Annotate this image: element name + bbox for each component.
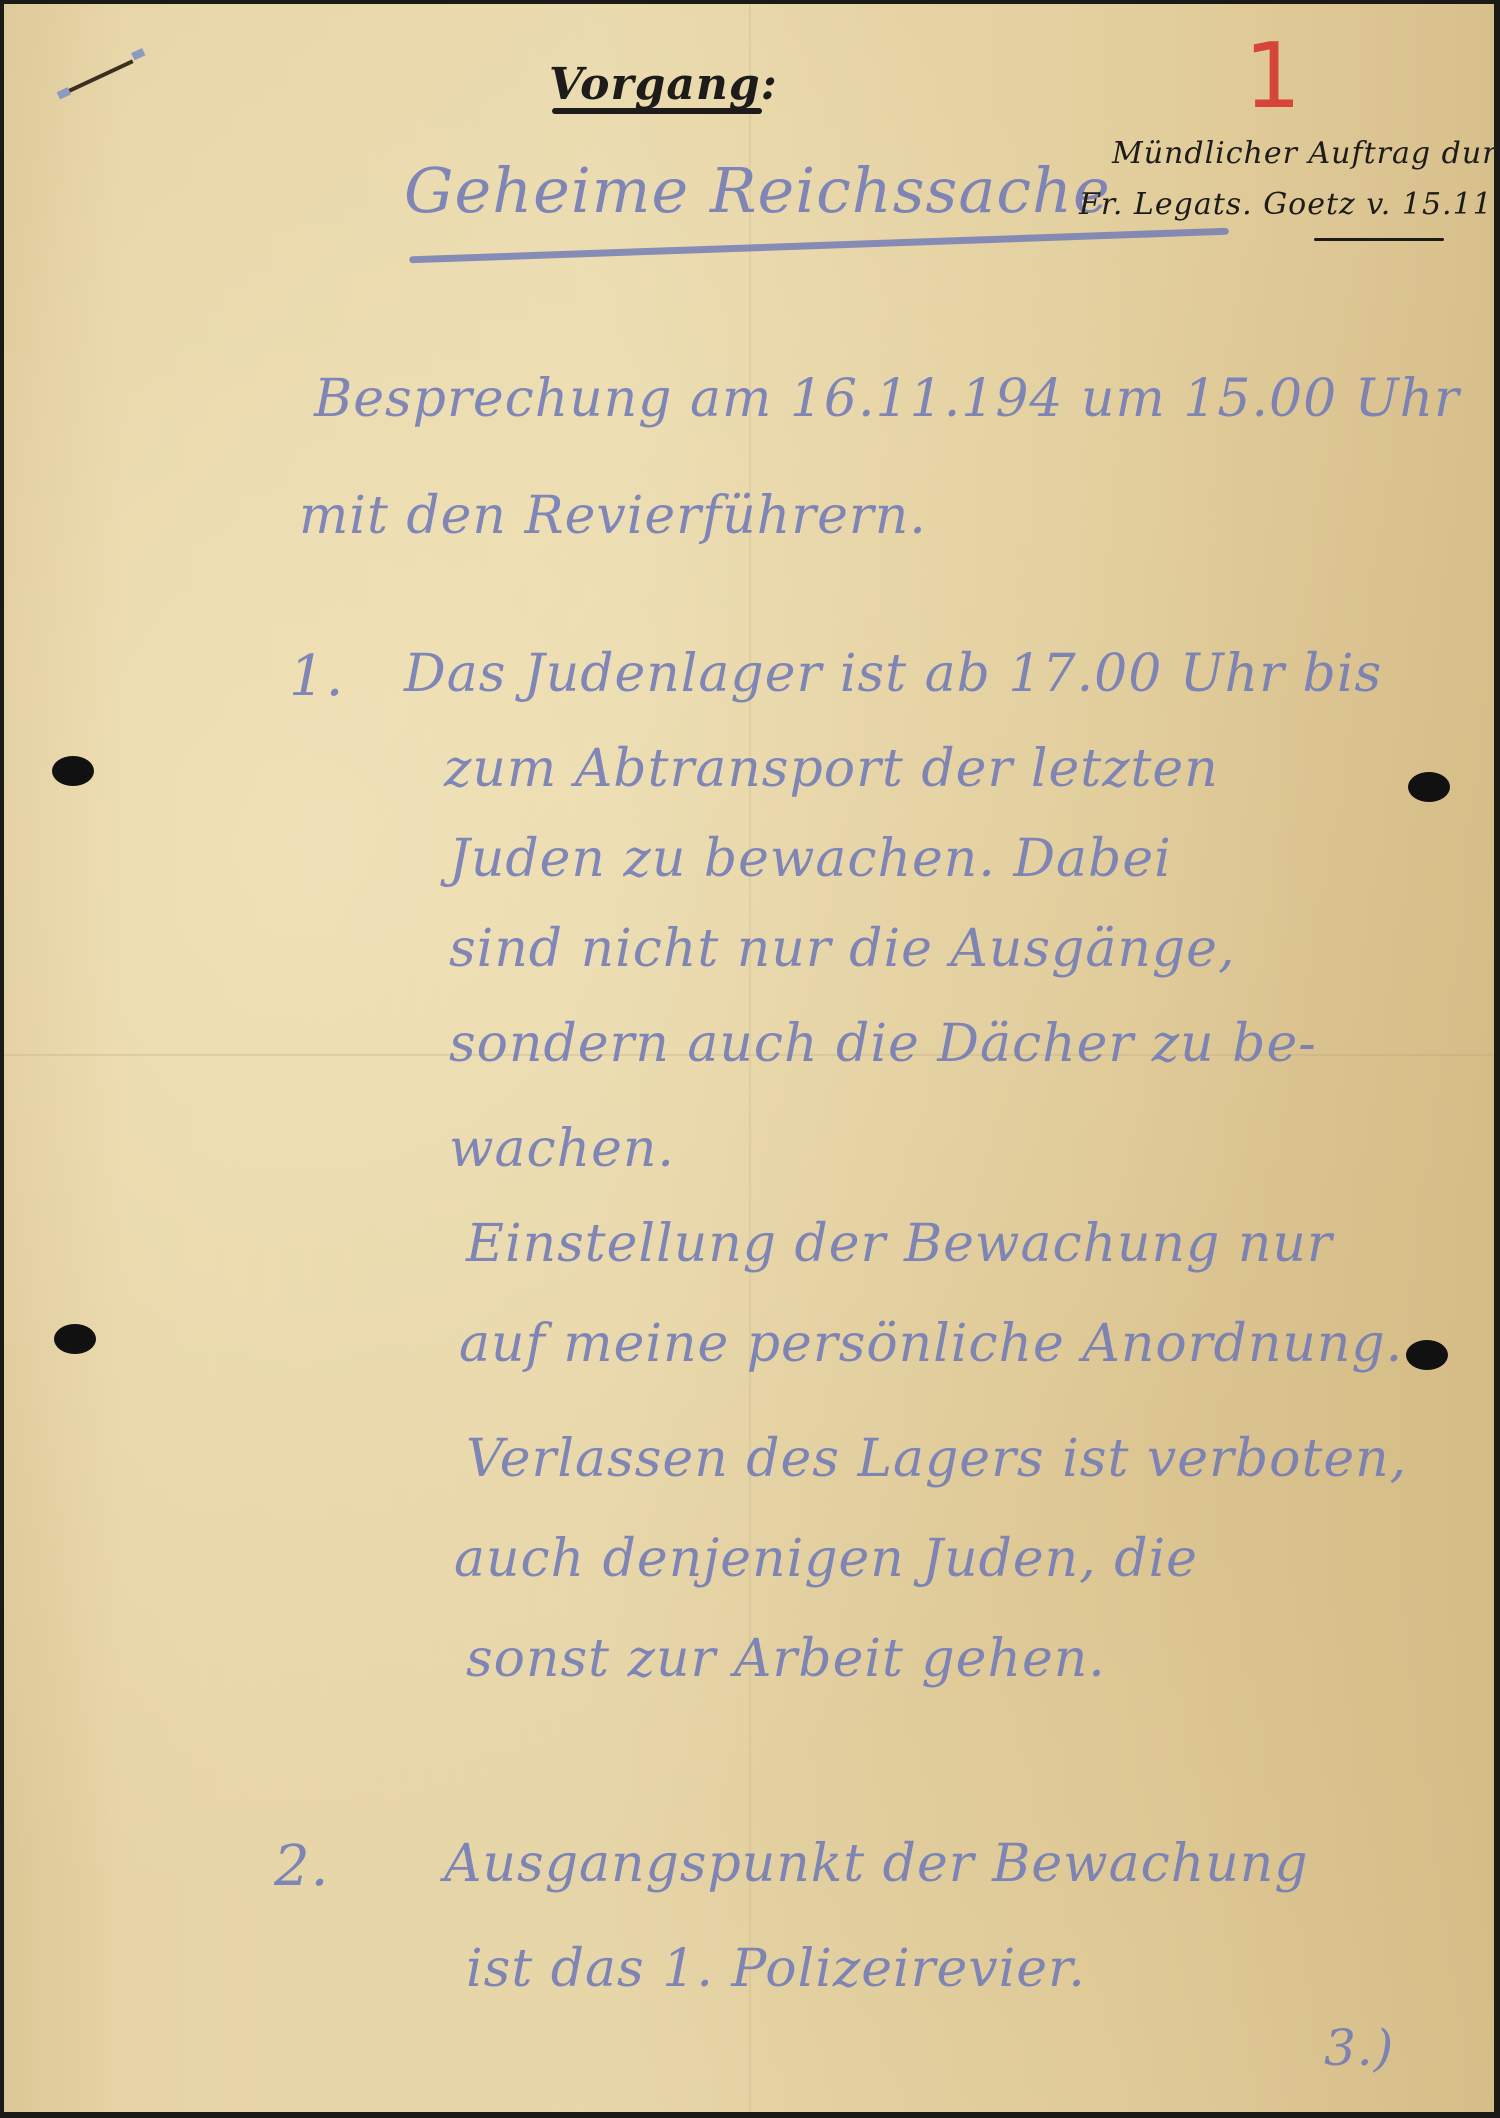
annotation-line-1: Mündlicher Auftrag durch xyxy=(1112,136,1500,171)
item-line: wachen. xyxy=(449,1119,675,1179)
vorgang-underline xyxy=(552,108,762,114)
classification-underline xyxy=(409,228,1229,264)
item-line: Juden zu bewachen. Dabei xyxy=(449,829,1172,889)
item-line: Das Judenlager ist ab 17.00 Uhr bis xyxy=(404,644,1382,704)
punch-hole xyxy=(54,1324,96,1354)
punch-hole xyxy=(52,756,94,786)
punch-hole xyxy=(1408,772,1450,802)
page-number-red: 1 xyxy=(1244,24,1302,129)
continuation-mark: 3.) xyxy=(1324,2019,1394,2077)
item-line: sondern auch die Dächer zu be- xyxy=(449,1014,1317,1074)
item-line: Verlassen des Lagers ist verboten, xyxy=(466,1429,1407,1489)
intro-line-2: mit den Revierführern. xyxy=(299,486,927,546)
classification-heading: Geheime Reichssache xyxy=(404,154,1111,227)
item-line: auch denjenigen Juden, die xyxy=(454,1529,1198,1589)
item-line: sind nicht nur die Ausgänge, xyxy=(449,919,1235,979)
item-line: auf meine persönliche Anordnung. xyxy=(459,1314,1403,1374)
scan-edge xyxy=(0,2112,1500,2118)
item-line: Ausgangspunkt der Bewachung xyxy=(444,1834,1309,1894)
item-line: Einstellung der Bewachung nur xyxy=(466,1214,1333,1274)
item-line: ist das 1. Polizeirevier. xyxy=(466,1939,1086,1999)
document-page: Vorgang: 1 Geheime Reichssache Mündliche… xyxy=(4,4,1494,2112)
item-number: 1. xyxy=(289,644,344,709)
staple-icon xyxy=(68,59,133,92)
item-line: zum Abtransport der letzten xyxy=(444,739,1219,799)
item-number: 2. xyxy=(274,1834,329,1899)
intro-line-1: Besprechung am 16.11.194 um 15.00 Uhr xyxy=(314,369,1460,429)
vorgang-label: Vorgang: xyxy=(549,59,778,110)
item-line: sonst zur Arbeit gehen. xyxy=(466,1629,1106,1689)
annotation-line-2: Fr. Legats. Goetz v. 15.11.41 xyxy=(1079,187,1500,222)
punch-hole xyxy=(1406,1340,1448,1370)
annotation-underline xyxy=(1314,238,1444,241)
